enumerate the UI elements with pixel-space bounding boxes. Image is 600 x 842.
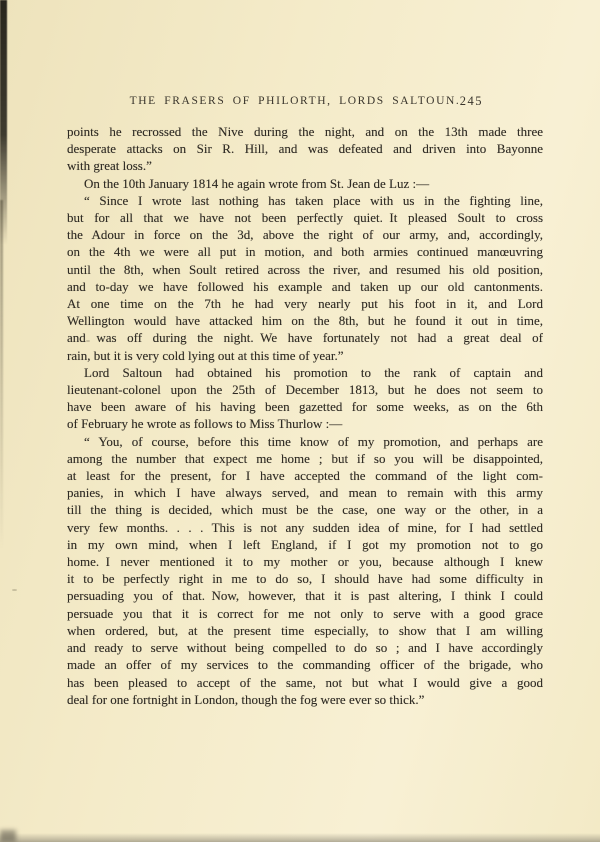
page-text: points he recrossed the Nive during the … [67,123,543,708]
text-line: deal for one fortnight in London, though… [67,691,543,708]
scan-speckle [12,589,17,591]
paragraph: “ You, of course, before this time know … [67,433,543,708]
text-line: Lord Saltoun had obtained his promotion … [67,364,543,381]
text-line: till the thing is decided, which must be… [67,501,543,518]
text-line: rain, but it is very cold lying out at t… [67,347,543,364]
text-line: persuade you that it is correct for me n… [67,605,543,622]
scan-corner-bottom-left [0,830,16,842]
text-line: in my own mind, when I left England, if … [67,536,543,553]
text-line: has been pleased to accept of the same, … [67,674,543,691]
text-line: and was off during the night. We have fo… [67,329,543,346]
text-line: Wellington would have attacked him on th… [67,312,543,329]
text-line: until the 8th, when Soult retired across… [67,261,543,278]
text-line: on the 4th we were all put in motion, an… [67,243,543,260]
scan-edge-bottom [0,833,600,842]
text-line: at least for the present, for I have acc… [67,467,543,484]
paragraph: Lord Saltoun had obtained his promotion … [67,364,543,433]
text-line: points he recrossed the Nive during the … [67,123,543,140]
page-number: 245 [460,94,483,109]
paragraph: “ Since I wrote last nothing has taken p… [67,192,543,364]
text-line: among the number that expect me home ; b… [67,450,543,467]
text-line: when ordered, but, at the present time e… [67,622,543,639]
text-line: lieutenant-colonel upon the 25th of Dece… [67,381,543,398]
scan-speckle [86,340,90,342]
paragraph: points he recrossed the Nive during the … [67,123,543,175]
text-line: “ Since I wrote last nothing has taken p… [67,192,543,209]
text-line: desperate attacks on Sir R. Hill, and wa… [67,140,543,157]
text-line: have been aware of his having been gazet… [67,398,543,415]
text-line: very few months. . . . This is not any s… [67,519,543,536]
text-line: the Adour in force on the 3d, above the … [67,226,543,243]
text-line: panies, in which I have always served, a… [67,484,543,501]
text-line: At one time on the 7th he had very nearl… [67,295,543,312]
text-line: persuading you of that. Now, however, th… [67,587,543,604]
text-line: but for all that we have not been perfec… [67,209,543,226]
text-line: it to be perfectly right in me to do so,… [67,570,543,587]
text-line: On the 10th January 1814 he again wrote … [67,175,543,192]
text-line: home. I never mentioned it to my mother … [67,553,543,570]
book-page: THE FRASERS OF PHILORTH, LORDS SALTOUN. … [0,0,600,842]
text-line: of February he wrote as follows to Miss … [67,415,543,432]
text-line: with great loss.” [67,157,543,174]
text-line: and ready to serve without being compell… [67,639,543,656]
text-line: and to-day we have followed his example … [67,278,543,295]
paragraph: On the 10th January 1814 he again wrote … [67,175,543,192]
text-line: made an offer of my services to the comm… [67,656,543,673]
text-line: “ You, of course, before this time know … [67,433,543,450]
scan-edge-left-faint [0,200,3,580]
